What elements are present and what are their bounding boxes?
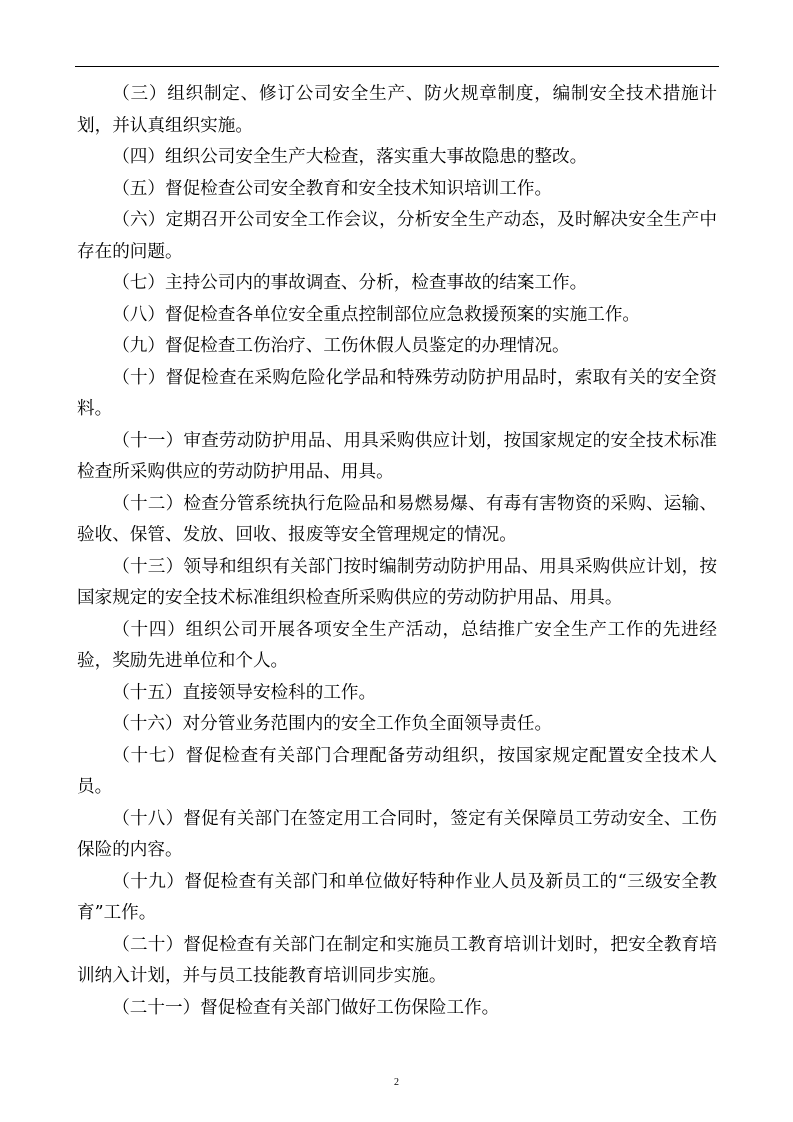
paragraph-item-13: （十三）领导和组织有关部门按时编制劳动防护用品、用具采购供应计划，按国家规定的安…: [77, 552, 717, 615]
paragraph-item-20: （二十）督促检查有关部门在制定和实施员工教育培训计划时，把安全教育培训纳入计划，…: [77, 930, 717, 993]
page-number: 2: [0, 1077, 793, 1088]
paragraph-item-14: （十四）组织公司开展各项安全生产活动，总结推广安全生产工作的先进经验，奖励先进单…: [77, 615, 717, 678]
paragraph-item-15: （十五）直接领导安检科的工作。: [77, 678, 717, 710]
paragraph-item-21: （二十一）督促检查有关部门做好工伤保险工作。: [77, 993, 717, 1025]
paragraph-item-3: （三）组织制定、修订公司安全生产、防火规章制度，编制安全技术措施计划，并认真组织…: [77, 79, 717, 142]
paragraph-item-6: （六）定期召开公司安全工作会议，分析安全生产动态，及时解决安全生产中存在的问题。: [77, 205, 717, 268]
paragraph-item-19: （十九）督促检查有关部门和单位做好特种作业人员及新员工的“三级安全教育”工作。: [77, 867, 717, 930]
paragraph-item-11: （十一）审查劳动防护用品、用具采购供应计划，按国家规定的安全技术标准检查所采购供…: [77, 426, 717, 489]
paragraph-item-9: （九）督促检查工伤治疗、工伤休假人员鉴定的办理情况。: [77, 331, 717, 363]
paragraph-item-17: （十七）督促检查有关部门合理配备劳动组织，按国家规定配置安全技术人员。: [77, 741, 717, 804]
document-body: （三）组织制定、修订公司安全生产、防火规章制度，编制安全技术措施计划，并认真组织…: [77, 79, 717, 1024]
paragraph-item-12: （十二）检查分管系统执行危险品和易燃易爆、有毒有害物资的采购、运输、验收、保管、…: [77, 489, 717, 552]
paragraph-item-16: （十六）对分管业务范围内的安全工作负全面领导责任。: [77, 709, 717, 741]
paragraph-item-7: （七）主持公司内的事故调查、分析，检查事故的结案工作。: [77, 268, 717, 300]
paragraph-item-10: （十）督促检查在采购危险化学品和特殊劳动防护用品时，索取有关的安全资料。: [77, 363, 717, 426]
header-rule: [75, 66, 719, 67]
paragraph-item-18: （十八）督促有关部门在签定用工合同时，签定有关保障员工劳动安全、工伤保险的内容。: [77, 804, 717, 867]
paragraph-item-8: （八）督促检查各单位安全重点控制部位应急救援预案的实施工作。: [77, 300, 717, 332]
paragraph-item-4: （四）组织公司安全生产大检查，落实重大事故隐患的整改。: [77, 142, 717, 174]
paragraph-item-5: （五）督促检查公司安全教育和安全技术知识培训工作。: [77, 174, 717, 206]
